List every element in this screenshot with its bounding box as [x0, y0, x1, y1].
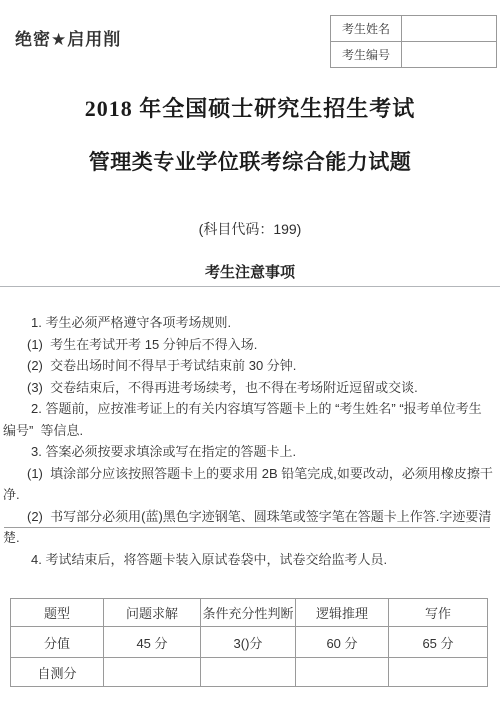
notice-item-3: 3. 答案必须按要求填涂或写在指定的答题卡上.: [0, 441, 494, 463]
notice-list: 1. 考生必须严格遵守各项考场规则. (1) 考生在考试开考 15 分钟后不得入…: [0, 312, 494, 570]
selftest-blank-cell: [201, 658, 296, 687]
selftest-blank-cell: [296, 658, 389, 687]
candidate-number-label: 考生编号: [331, 42, 402, 68]
header-sufficiency-judge: 条件充分性判断: [201, 599, 296, 627]
candidate-number-blank-cell: [402, 42, 497, 68]
notice-section-title: 考生注意事项: [0, 261, 500, 282]
header-problem-solving: 问题求解: [104, 599, 201, 627]
score-table-selftest-row: 自测分: [11, 658, 488, 687]
subject-code: (科目代码：199): [0, 219, 500, 239]
points-cell: 65 分: [389, 627, 488, 658]
points-row-label: 分值: [11, 627, 104, 658]
notice-item-2: 2. 答题前，应按准考证上的有关内容填写答题卡上的 “考生姓名” “报考单位考生…: [0, 398, 494, 441]
exam-cover-page: 绝密★启用削 考生姓名 考生编号 2018 年全国硕士研究生招生考试 管理类专业…: [0, 0, 500, 724]
divider-bottom: [4, 527, 490, 528]
points-cell: 45 分: [104, 627, 201, 658]
notice-item-4: 4. 考试结束后，将答题卡装入原试卷袋中，试卷交给监考人员.: [0, 549, 494, 571]
notice-item-1-1: (1) 考生在考试开考 15 分钟后不得入场.: [0, 334, 494, 356]
selftest-blank-cell: [389, 658, 488, 687]
notice-item-1-3: (3) 交卷结束后，不得再进考场续考，也不得在考场附近逗留或交谈.: [0, 377, 494, 399]
candidate-name-blank-cell: [402, 16, 497, 42]
divider-top: [0, 286, 500, 287]
header-logical-reasoning: 逻辑推理: [296, 599, 389, 627]
candidate-info-table: 考生姓名 考生编号: [330, 15, 497, 68]
score-table-points-row: 分值 45 分 3()分 60 分 65 分: [11, 627, 488, 658]
notice-item-1: 1. 考生必须严格遵守各项考场规则.: [0, 312, 494, 334]
notice-item-3-1: (1) 填涂部分应该按照答题卡上的要求用 2B 铅笔完成,如要改动，必须用橡皮擦…: [0, 463, 494, 506]
exam-title: 2018 年全国硕士研究生招生考试: [0, 92, 500, 123]
points-cell: 60 分: [296, 627, 389, 658]
secret-classification-label: 绝密★启用削: [15, 25, 121, 50]
score-table: 题型 问题求解 条件充分性判断 逻辑推理 写作 分值 45 分 3()分 60 …: [10, 598, 488, 687]
candidate-name-row: 考生姓名: [331, 16, 497, 42]
candidate-number-row: 考生编号: [331, 42, 497, 68]
candidate-name-label: 考生姓名: [331, 16, 402, 42]
header-writing: 写作: [389, 599, 488, 627]
exam-subtitle: 管理类专业学位联考综合能力试题: [0, 146, 500, 176]
score-table-header-row: 题型 问题求解 条件充分性判断 逻辑推理 写作: [11, 599, 488, 627]
notice-item-1-2: (2) 交卷出场时间不得早于考试结束前 30 分钟.: [0, 355, 494, 377]
selftest-row-label: 自测分: [11, 658, 104, 687]
header-question-type: 题型: [11, 599, 104, 627]
points-cell: 3()分: [201, 627, 296, 658]
selftest-blank-cell: [104, 658, 201, 687]
